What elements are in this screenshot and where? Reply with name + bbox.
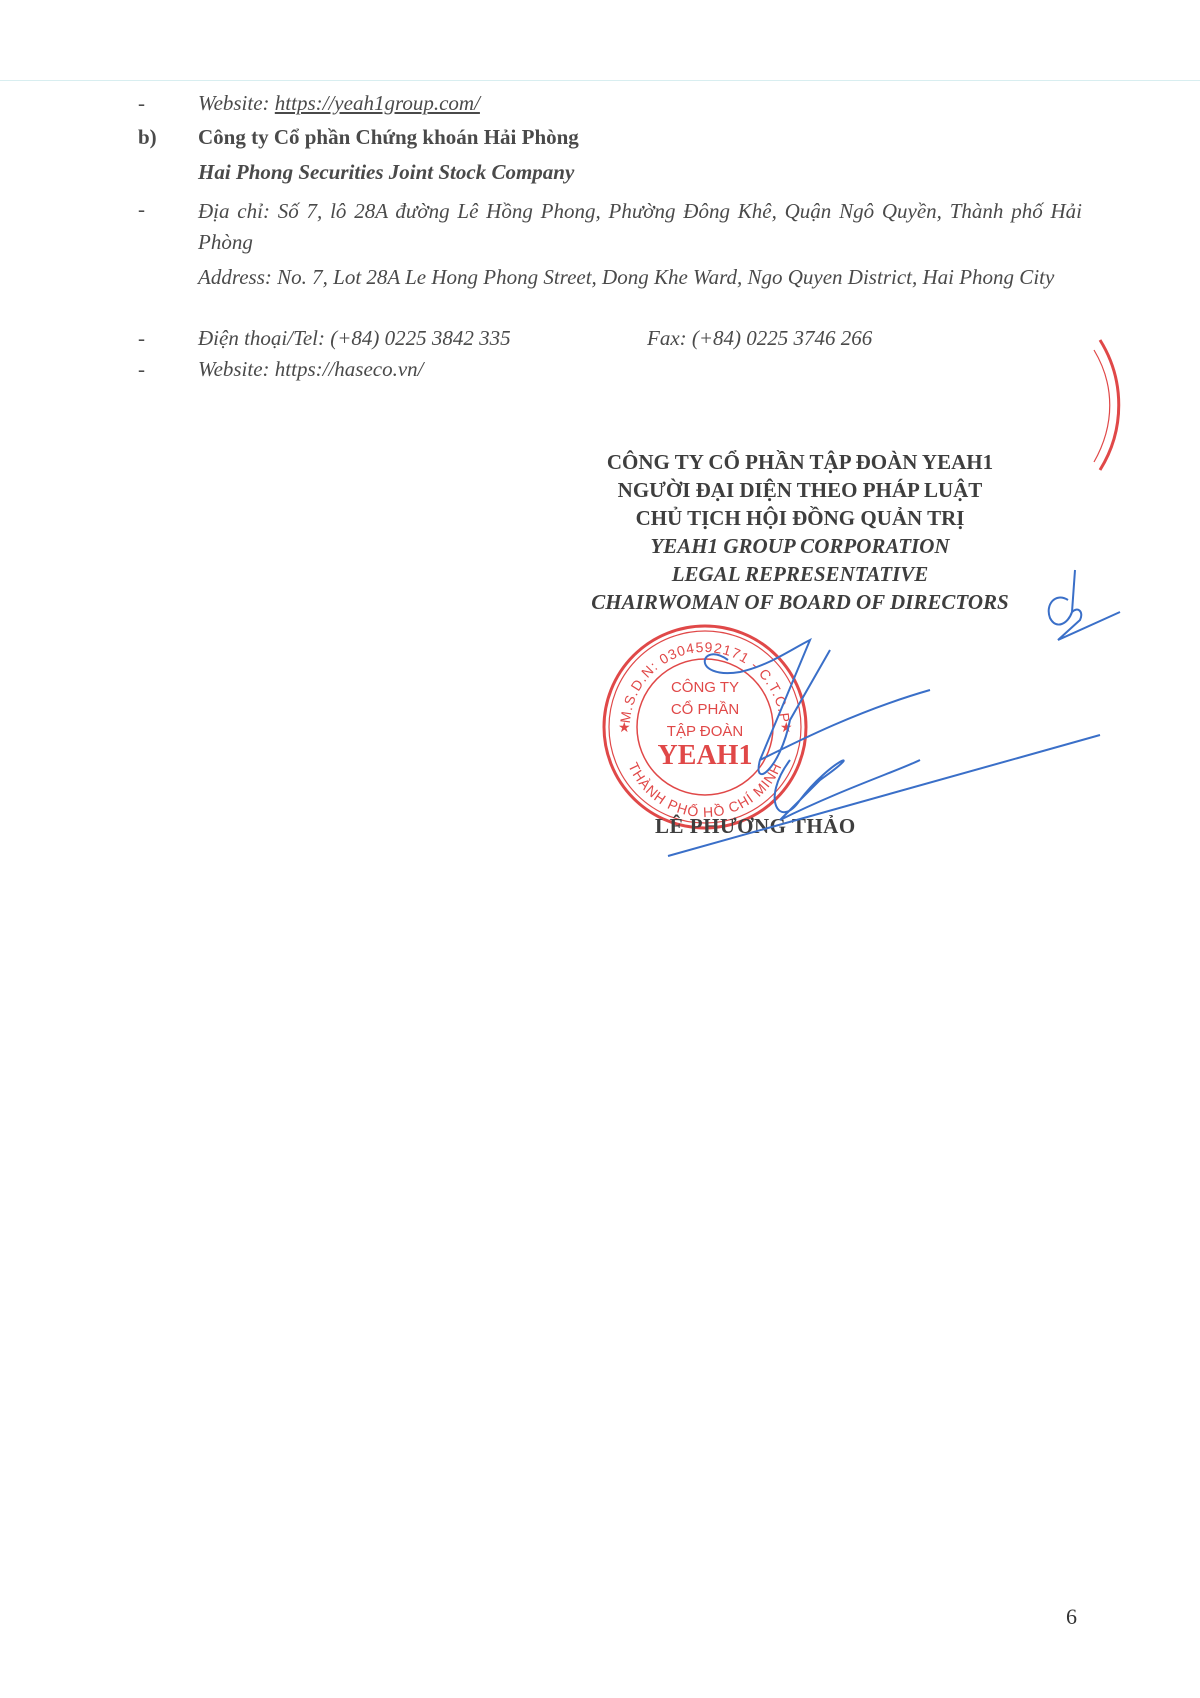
stamp-line-1: CÔNG TY — [671, 679, 739, 696]
company-name-en: Hai Phong Securities Joint Stock Company — [198, 159, 574, 185]
stamp-line-2: CỔ PHẦN — [671, 700, 739, 718]
bullet: - — [138, 196, 145, 222]
company-name-vi: Công ty Cổ phần Chứng khoán Hải Phòng — [198, 124, 579, 150]
company-stamp: M.S.D.N: 0304592171 - C.T.C.P THÀNH PHỐ … — [600, 622, 810, 832]
sig-line-title-vi: CHỦ TỊCH HỘI ĐỒNG QUẢN TRỊ — [540, 504, 1060, 532]
bullet: - — [138, 90, 145, 116]
address-en: Address: No. 7, Lot 28A Le Hong Phong St… — [198, 262, 1082, 293]
website-line: Website: https://yeah1group.com/ — [198, 90, 480, 116]
svg-text:★: ★ — [780, 721, 793, 736]
sig-line-company-vi: CÔNG TY CỔ PHẦN TẬP ĐOÀN YEAH1 — [540, 448, 1060, 476]
website-label: Website: — [198, 91, 275, 115]
phone: Điện thoại/Tel: (+84) 0225 3842 335 — [198, 325, 511, 351]
sig-line-title-en: CHAIRWOMAN OF BOARD OF DIRECTORS — [540, 588, 1060, 616]
stamp-brand: YEAH1 — [658, 740, 753, 771]
sig-line-role-vi: NGƯỜI ĐẠI DIỆN THEO PHÁP LUẬT — [540, 476, 1060, 504]
address-vi: Địa chỉ: Số 7, lô 28A đường Lê Hồng Phon… — [198, 196, 1082, 258]
website-link-yeah1[interactable]: https://yeah1group.com/ — [275, 91, 480, 115]
section-marker: b) — [138, 124, 157, 150]
top-divider — [0, 80, 1200, 81]
fax: Fax: (+84) 0225 3746 266 — [647, 325, 872, 351]
svg-text:★: ★ — [618, 721, 631, 736]
page-number: 6 — [1066, 1604, 1077, 1630]
signer-name: LÊ PHƯƠNG THẢO — [655, 814, 856, 839]
bullet: - — [138, 356, 145, 382]
sig-line-role-en: LEGAL REPRESENTATIVE — [540, 560, 1060, 588]
website-link-haseco[interactable]: Website: https://haseco.vn/ — [198, 356, 424, 382]
sig-line-company-en: YEAH1 GROUP CORPORATION — [540, 532, 1060, 560]
signature-block: CÔNG TY CỔ PHẦN TẬP ĐOÀN YEAH1 NGƯỜI ĐẠI… — [540, 448, 1060, 616]
stamp-line-3: TẬP ĐOÀN — [667, 723, 743, 740]
bullet: - — [138, 325, 145, 351]
